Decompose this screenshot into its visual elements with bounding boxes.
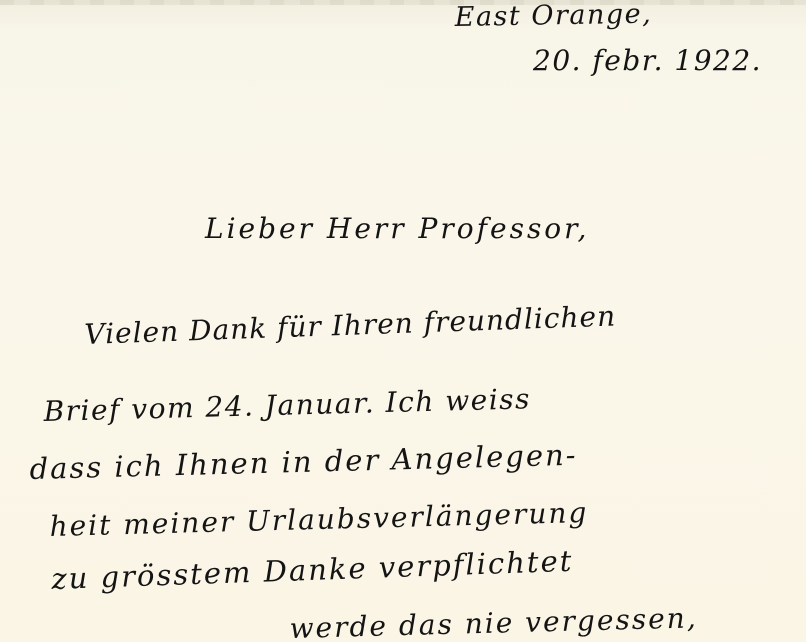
letter-body-line: Brief vom 24. Januar. Ich weiss [43, 382, 531, 428]
letter-page: East Orange, 20. febr. 1922. Lieber Herr… [0, 0, 806, 642]
letter-body-line: Vielen Dank für Ihren freundlichen [84, 299, 617, 351]
letter-date: 20. febr. 1922. [533, 44, 762, 77]
letter-body-line: dass ich Ihnen in der Angelegen- [29, 438, 578, 486]
letter-body-line: zu grösstem Danke verpflichtet [51, 544, 574, 596]
letter-body-line: heit meiner Urlaubsverlängerung [49, 496, 589, 543]
letter-place: East Orange, [454, 0, 652, 33]
letter-salutation: Lieber Herr Professor, [205, 212, 589, 245]
letter-body-line: werde das nie vergessen, [289, 601, 698, 642]
